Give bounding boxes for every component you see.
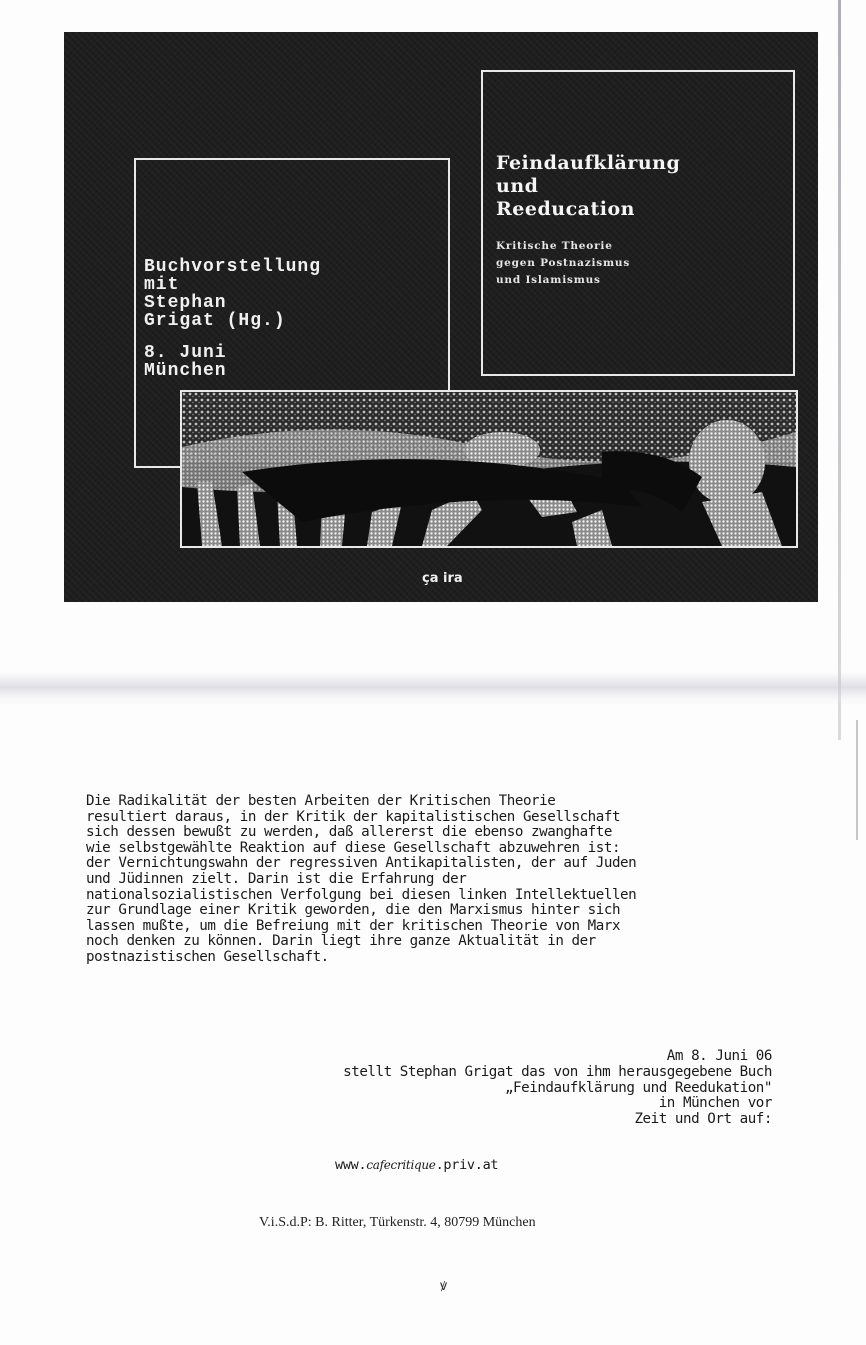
- event-line: mit: [144, 276, 321, 294]
- paragraph-line: postnazistischen Gesellschaft.: [86, 950, 786, 966]
- event-city: München: [144, 362, 321, 380]
- website-suffix: .priv.at: [436, 1157, 499, 1173]
- book-subtitle-line: gegen Postnazismus: [496, 255, 630, 272]
- scan-edge-line: [838, 0, 841, 740]
- announcement-line: Zeit und Ort auf:: [343, 1112, 772, 1128]
- crowd-photo: [180, 390, 798, 548]
- website-prefix: www.: [335, 1157, 366, 1173]
- paragraph-line: Die Radikalität der besten Arbeiten der …: [86, 794, 786, 810]
- publisher-logo: ça ira: [422, 571, 463, 586]
- book-subtitle-line: und Islamismus: [496, 272, 630, 289]
- book-subtitle-line: Kritische Theorie: [496, 238, 630, 255]
- paragraph-line: zur Grundlage einer Kritik geworden, die…: [86, 903, 786, 919]
- stamp-mark-icon: ꝟ: [440, 1276, 447, 1295]
- paper-fold-crease: [0, 672, 866, 706]
- announcement-line: „Feindaufklärung und Reedukation": [343, 1081, 772, 1097]
- book-cover-flyer: Buchvorstellung mit Stephan Grigat (Hg.)…: [64, 32, 818, 602]
- paragraph-line: resultiert daraus, in der Kritik der kap…: [86, 810, 786, 826]
- website-domain: cafecritique: [366, 1158, 435, 1172]
- event-date: 8. Juni: [144, 344, 321, 362]
- announcement-line: stellt Stephan Grigat das von ihm heraus…: [343, 1065, 772, 1081]
- intro-paragraph: Die Radikalität der besten Arbeiten der …: [86, 794, 786, 966]
- event-announcement: Am 8. Juni 06 stellt Stephan Grigat das …: [343, 1049, 772, 1128]
- paragraph-line: nationalsozialistischen Verfolgung bei d…: [86, 888, 786, 904]
- announcement-line: Am 8. Juni 06: [343, 1049, 772, 1065]
- event-line: Buchvorstellung: [144, 258, 321, 276]
- book-subtitle: Kritische Theorie gegen Postnazismus und…: [496, 238, 630, 289]
- book-title: Feindaufklärung und Reeducation: [496, 152, 680, 221]
- website-link[interactable]: www.cafecritique.priv.at: [335, 1157, 498, 1173]
- crowd-photo-image: [182, 392, 796, 546]
- paragraph-line: sich dessen bewußt zu werden, daß allere…: [86, 825, 786, 841]
- paragraph-line: wie selbstgewählte Reaktion auf diese Ge…: [86, 841, 786, 857]
- book-title-line: Feindaufklärung: [496, 152, 680, 175]
- paragraph-line: lassen mußte, um die Befreiung mit der k…: [86, 919, 786, 935]
- event-line: Grigat (Hg.): [144, 312, 321, 330]
- imprint-responsible-person: V.i.S.d.P: B. Ritter, Türkenstr. 4, 8079…: [259, 1215, 536, 1231]
- book-title-line: Reeducation: [496, 198, 680, 221]
- announcement-line: in München vor: [343, 1096, 772, 1112]
- paragraph-line: noch denken zu können. Darin liegt ihre …: [86, 934, 786, 950]
- event-line: Stephan: [144, 294, 321, 312]
- book-title-frame: [481, 70, 795, 376]
- event-info: Buchvorstellung mit Stephan Grigat (Hg.)…: [144, 258, 321, 380]
- scan-edge-line: [856, 720, 858, 840]
- book-title-line: und: [496, 175, 680, 198]
- paragraph-line: der Vernichtungswahn der regressiven Ant…: [86, 856, 786, 872]
- paragraph-line: und Jüdinnen zielt. Darin ist die Erfahr…: [86, 872, 786, 888]
